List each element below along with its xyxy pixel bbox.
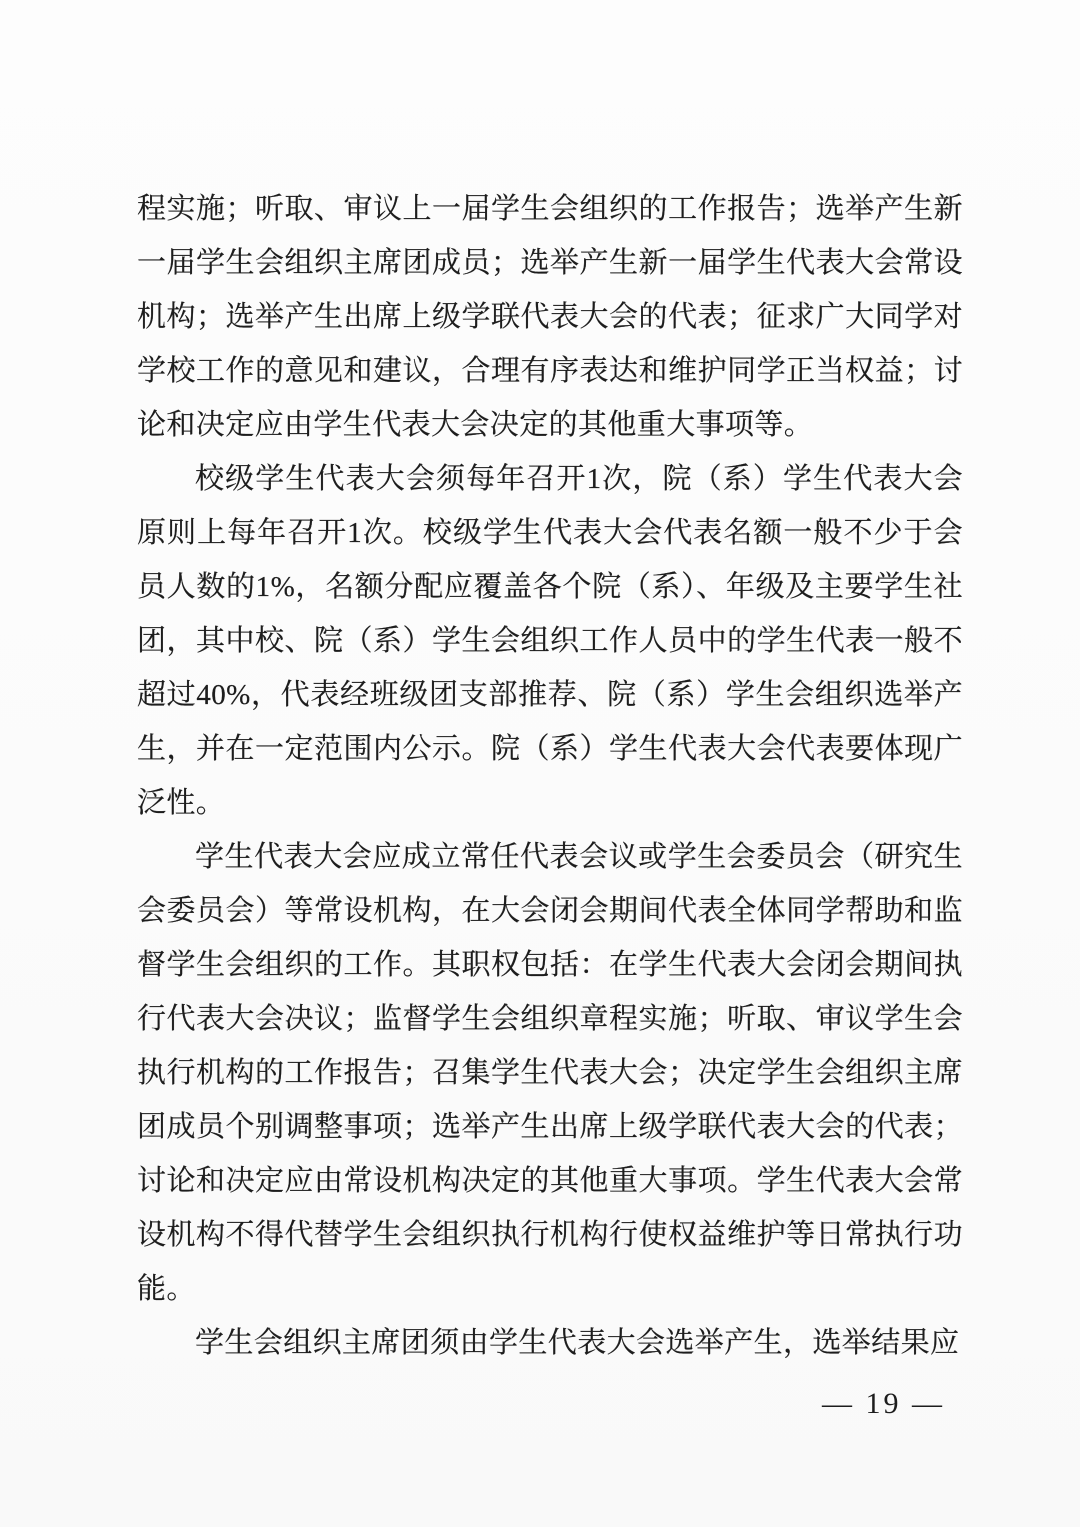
- page-number: — 19 —: [822, 1384, 945, 1424]
- paragraph-standing-body: 学生代表大会应成立常任代表会议或学生会委员会（研究生会委员会）等常设机构，在大会…: [137, 830, 963, 1316]
- document-page: 程实施；听取、审议上一届学生会组织的工作报告；选举产生新一届学生会组织主席团成员…: [0, 0, 1080, 1527]
- body-text: 程实施；听取、审议上一届学生会组织的工作报告；选举产生新一届学生会组织主席团成员…: [137, 182, 963, 1370]
- paragraph-congress-frequency: 校级学生代表大会须每年召开1次，院（系）学生代表大会原则上每年召开1次。校级学生…: [137, 452, 963, 830]
- paragraph-continuation: 程实施；听取、审议上一届学生会组织的工作报告；选举产生新一届学生会组织主席团成员…: [137, 182, 963, 452]
- paragraph-presidium-election: 学生会组织主席团须由学生代表大会选举产生，选举结果应: [137, 1316, 963, 1370]
